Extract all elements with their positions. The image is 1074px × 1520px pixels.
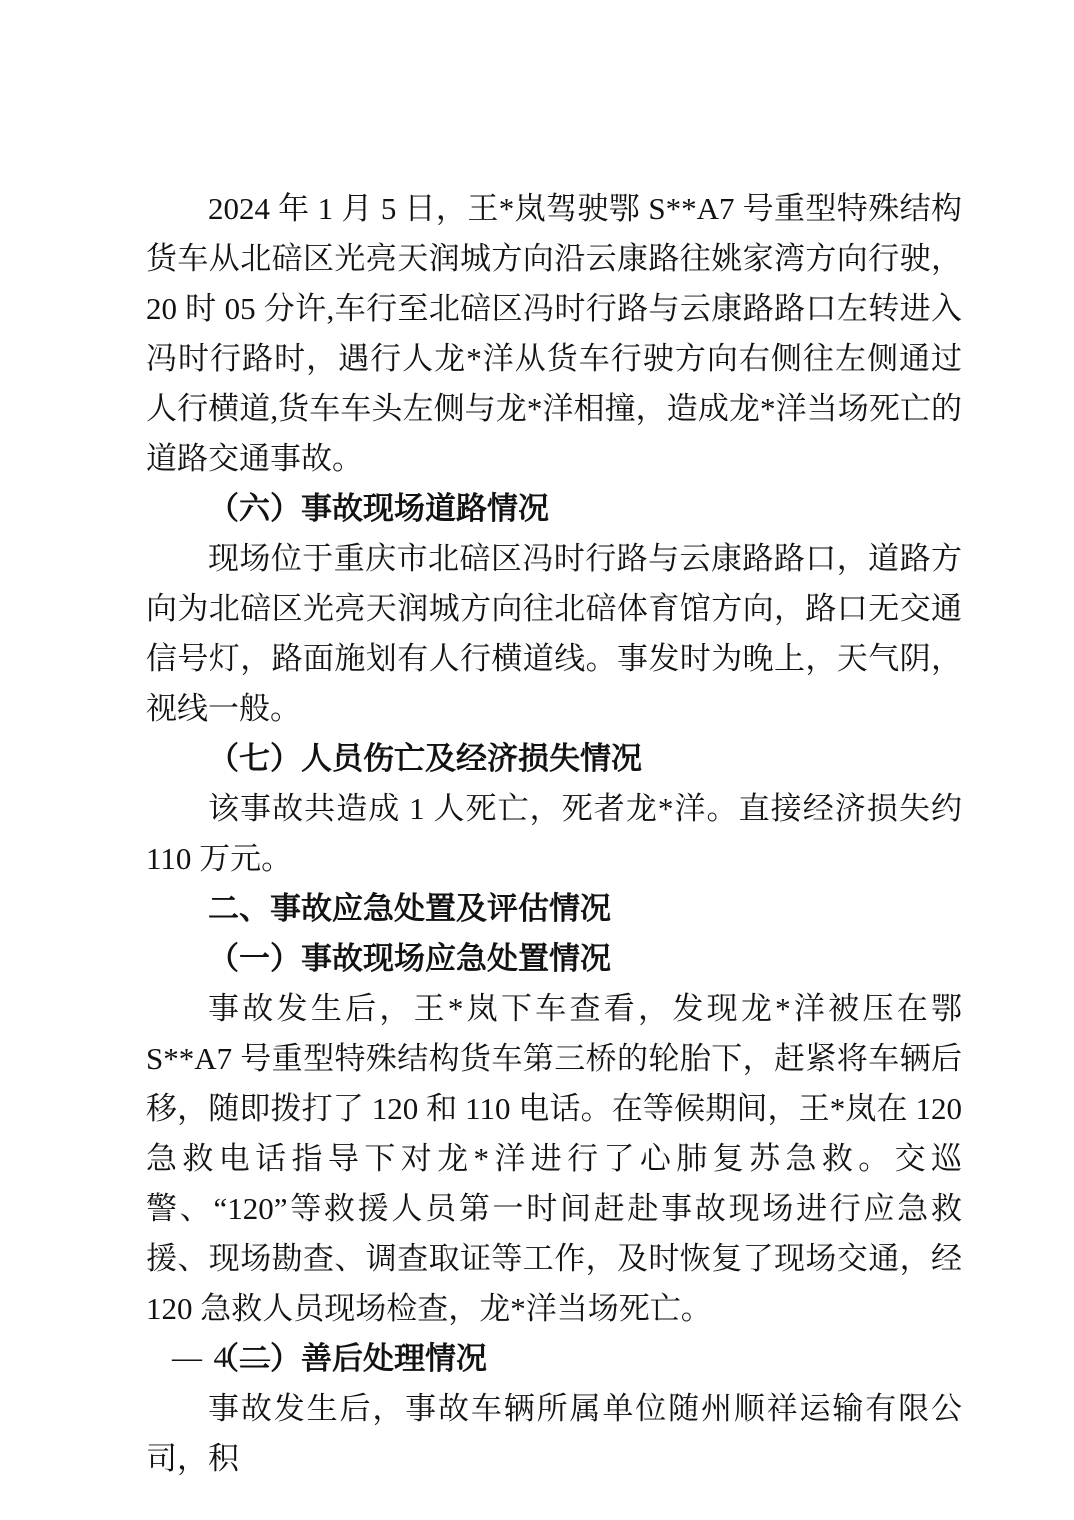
document-body: 2024 年 1 月 5 日，王*岚驾驶鄂 S**A7 号重型特殊结构货车从北碚… (146, 184, 962, 1484)
page-number: — 4 — (172, 1338, 272, 1378)
body-paragraph-casualties-losses: 该事故共造成 1 人死亡，死者龙*洋。直接经济损失约 110 万元。 (146, 784, 962, 884)
section-heading-casualties-losses: （七）人员伤亡及经济损失情况 (146, 734, 962, 784)
document-page: 2024 年 1 月 5 日，王*岚驾驶鄂 S**A7 号重型特殊结构货车从北碚… (0, 0, 1074, 1520)
section-heading-road-conditions: （六）事故现场道路情况 (146, 484, 962, 534)
body-paragraph-scene-emergency-response: 事故发生后，王*岚下车查看，发现龙*洋被压在鄂 S**A7 号重型特殊结构货车第… (146, 984, 962, 1334)
body-paragraph-aftermath-handling: 事故发生后，事故车辆所属单位随州顺祥运输有限公司，积 (146, 1384, 962, 1484)
section-heading-scene-emergency-response: （一）事故现场应急处置情况 (146, 934, 962, 984)
chapter-heading-emergency-response: 二、事故应急处置及评估情况 (146, 884, 962, 934)
body-paragraph-accident-description: 2024 年 1 月 5 日，王*岚驾驶鄂 S**A7 号重型特殊结构货车从北碚… (146, 184, 962, 484)
body-paragraph-road-conditions: 现场位于重庆市北碚区冯时行路与云康路路口，道路方向为北碚区光亮天润城方向往北碚体… (146, 534, 962, 734)
